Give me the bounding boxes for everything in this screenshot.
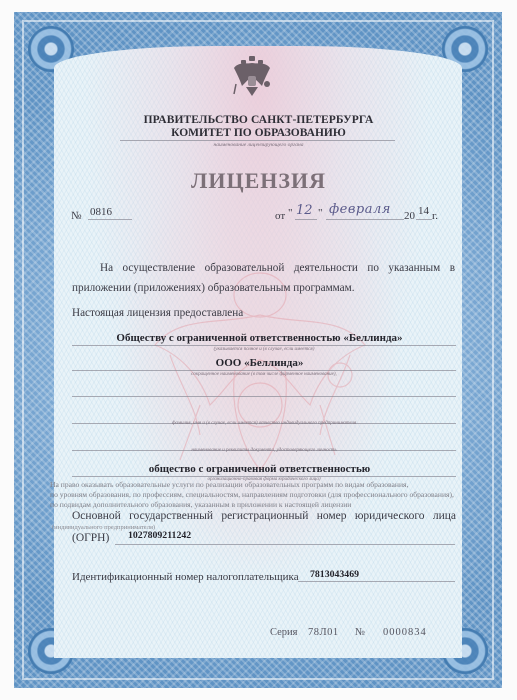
inn-value: 7813043469 (310, 569, 359, 580)
purpose-text-line2: приложении (приложениях) образовательным… (72, 282, 355, 294)
purpose-text-line1: На осуществление образовательной деятель… (100, 262, 455, 274)
issuer-government: ПРАВИТЕЛЬСТВО САНКТ-ПЕТЕРБУРГА (0, 114, 517, 126)
license-number-value: 0816 (90, 206, 112, 218)
rights-text-line3: по подвидам дополнительного образования,… (50, 500, 470, 510)
date-day-handwritten: 12 (296, 203, 313, 218)
date-suffix: г. (432, 210, 438, 222)
number-underline (88, 219, 132, 220)
rights-text-line1: На право оказывать образовательные услуг… (50, 480, 470, 490)
document-title: ЛИЦЕНЗИЯ (0, 168, 517, 194)
inn-label: Идентификационный номер налогоплательщик… (72, 571, 299, 583)
year-underline (416, 219, 432, 220)
granted-label: Настоящая лицензия предоставлена (72, 307, 243, 319)
ogrn-underline (115, 544, 455, 545)
date-prefix: от (275, 210, 285, 222)
individual-caption: фамилия, имя и (в случае, если имеется) … (72, 421, 456, 426)
short-name-underline (72, 370, 456, 371)
series-value: 78Л01 (308, 627, 339, 638)
date-month-handwritten: февраля (329, 202, 391, 217)
date-quote-open: " (288, 207, 293, 219)
form-number-value: 0000834 (383, 627, 427, 638)
identity-document-caption: наименование и реквизиты документа, удос… (72, 448, 456, 453)
full-name-underline (72, 345, 456, 346)
coat-of-arms-emblem-icon (232, 54, 272, 98)
day-underline (295, 219, 317, 220)
ogrn-description: Основной государственный регистрационный… (72, 510, 456, 522)
date-century: 20 (404, 210, 415, 222)
blank-line (72, 396, 456, 397)
inn-underline (298, 581, 455, 582)
short-name-caption: сокращенное наименование (в том числе фи… (72, 372, 456, 377)
rights-text-line2: по уровням образования, по профессиям, с… (50, 490, 470, 500)
ogrn-label: (ОГРН) (72, 532, 109, 544)
licensee-full-name: Обществу с ограниченной ответственностью… (72, 332, 447, 344)
issuer-committee: КОМИТЕТ ПО ОБРАЗОВАНИЮ (0, 127, 517, 139)
form-number-label: № (355, 627, 365, 638)
full-name-caption: (указывается полное и (в случае, если им… (72, 347, 456, 352)
legal-form: общество с ограниченной ответственностью (72, 463, 447, 475)
license-number-label: № (71, 210, 82, 222)
series-label: Серия (270, 627, 298, 638)
month-underline (326, 219, 404, 220)
issuer-caption: наименование лицензирующего органа (0, 142, 517, 148)
licensee-short-name: ООО «Беллинда» (72, 357, 447, 369)
date-year: 14 (418, 205, 429, 217)
date-quote-close: " (318, 207, 323, 219)
divider (120, 140, 395, 141)
ogrn-value: 1027809211242 (128, 530, 191, 541)
